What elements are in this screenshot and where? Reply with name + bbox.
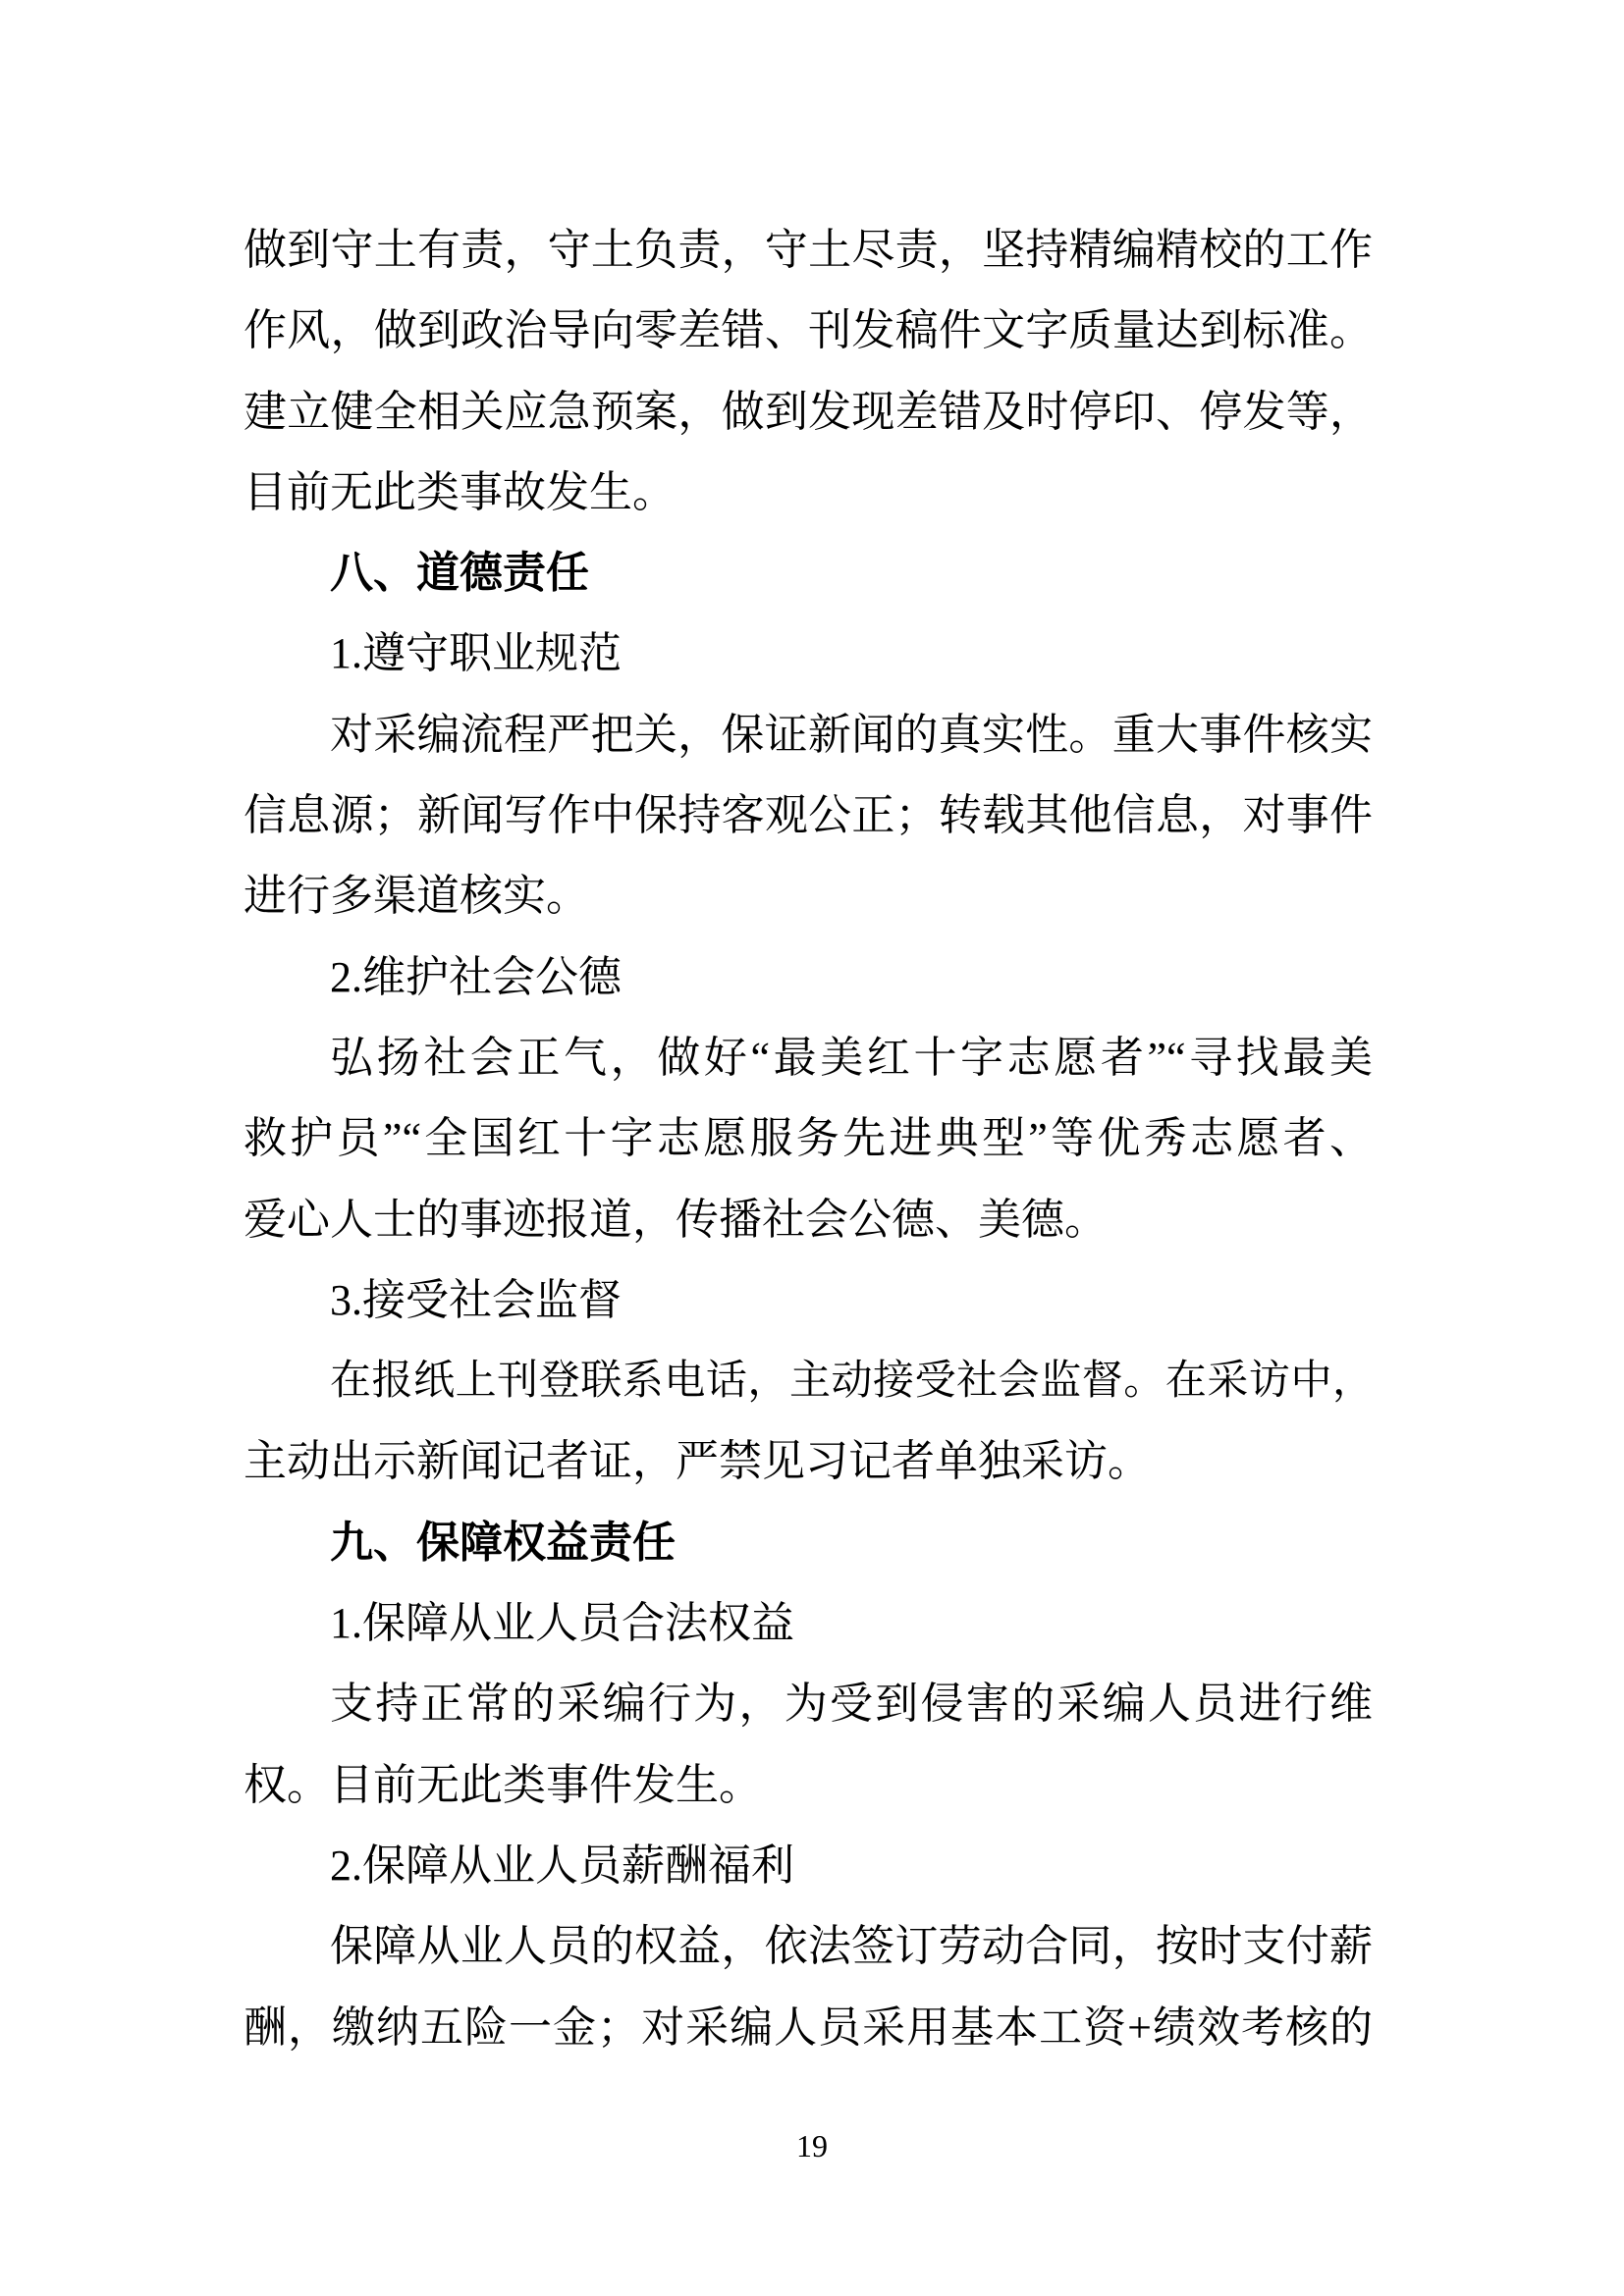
text-line: 做到守土有责，守土负责，守土尽责，坚持精编精校的工作 xyxy=(244,210,1373,291)
text-line: 建立健全相关应急预案，做到发现差错及时停印、停发等， xyxy=(244,372,1373,453)
text-line: 酬，缴纳五险一金；对采编人员采用基本工资+绩效考核的 xyxy=(244,1988,1373,2068)
text-line: 作风，做到政治导向零差错、刊发稿件文字质量达到标准。 xyxy=(244,291,1373,371)
text-line: 救护员”“全国红十字志愿服务先进典型”等优秀志愿者、 xyxy=(244,1098,1373,1179)
section-heading: 九、保障权益责任 xyxy=(244,1503,1373,1583)
text-line: 支持正常的采编行为，为受到侵害的采编人员进行维 xyxy=(244,1664,1373,1744)
page-number: 19 xyxy=(0,2128,1624,2164)
text-line: 对采编流程严把关，保证新闻的真实性。重大事件核实 xyxy=(244,695,1373,775)
document-body: 做到守土有责，守土负责，守土尽责，坚持精编精校的工作作风，做到政治导向零差错、刊… xyxy=(244,210,1373,2068)
text-line: 爱心人士的事迹报道，传播社会公德、美德。 xyxy=(244,1180,1373,1260)
text-line: 信息源；新闻写作中保持客观公正；转载其他信息，对事件 xyxy=(244,775,1373,856)
document-page: 做到守土有责，守土负责，守土尽责，坚持精编精校的工作作风，做到政治导向零差错、刊… xyxy=(0,0,1624,2296)
sub-heading: 1.遵守职业规范 xyxy=(244,614,1373,694)
text-line: 进行多渠道核实。 xyxy=(244,856,1373,936)
text-line: 权。目前无此类事件发生。 xyxy=(244,1745,1373,1826)
text-line: 弘扬社会正气，做好“最美红十字志愿者”“寻找最美 xyxy=(244,1018,1373,1098)
text-line: 保障从业人员的权益，依法签订劳动合同，按时支付薪 xyxy=(244,1906,1373,1987)
section-heading: 八、道德责任 xyxy=(244,533,1373,614)
sub-heading: 1.保障从业人员合法权益 xyxy=(244,1583,1373,1664)
sub-heading: 2.保障从业人员薪酬福利 xyxy=(244,1826,1373,1906)
text-line: 目前无此类事故发生。 xyxy=(244,453,1373,533)
text-line: 在报纸上刊登联系电话，主动接受社会监督。在采访中， xyxy=(244,1341,1373,1421)
text-line: 主动出示新闻记者证，严禁见习记者单独采访。 xyxy=(244,1421,1373,1502)
sub-heading: 2.维护社会公德 xyxy=(244,937,1373,1018)
sub-heading: 3.接受社会监督 xyxy=(244,1260,1373,1341)
